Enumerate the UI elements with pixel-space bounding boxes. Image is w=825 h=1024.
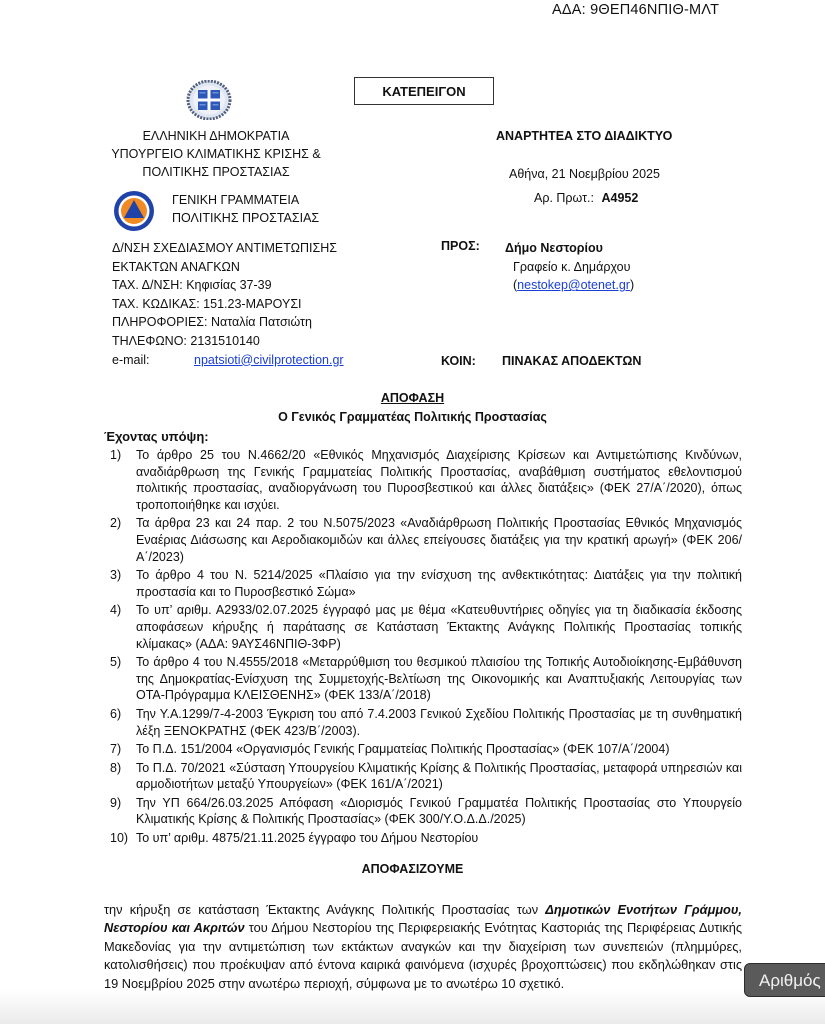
sender-email-link[interactable]: npatsioti@civilprotection.gr [194,351,344,370]
ada-code: ΑΔΑ: 9ΘΕΠ46ΝΠΙΘ-ΜΛΤ [552,2,719,18]
org-line: ΕΛΛΗΝΙΚΗ ΔΗΜΟΚΡΑΤΙΑ [100,127,332,145]
cc-value: ΠΙΝΑΚΑΣ ΑΠΟΔΕΚΤΩΝ [502,354,641,368]
recipient-name: Δήμο Νεστορίου [505,239,634,258]
reference-text: Το Π.Δ. 70/2021 «Σύσταση Υπουργείου Κλιμ… [136,760,742,793]
reference-item: 2)Τα άρθρα 23 και 24 παρ. 2 του Ν.5075/2… [110,515,742,565]
civil-protection-logo-icon [112,190,156,232]
department-line: ΕΚΤΑΚΤΩΝ ΑΝΑΓΚΩΝ [112,258,344,277]
reference-number: 1) [110,447,136,513]
reference-number: 5) [110,654,136,704]
references-list: 1)Το άρθρο 25 του Ν.4662/20 «Εθνικός Μηχ… [110,447,742,849]
org-line: ΥΠΟΥΡΓΕΙΟ ΚΛΙΜΑΤΙΚΗΣ ΚΡΙΣΗΣ & [100,145,332,163]
reference-number: 9) [110,795,136,828]
reference-number: 10) [110,830,136,847]
reference-item: 4)Το υπ’ αριθμ. Α2933/02.07.2025 έγγραφό… [110,602,742,652]
reference-item: 6)Την Υ.Α.1299/7-4-2003 Έγκριση του από … [110,706,742,739]
reference-text: Το Π.Δ. 151/2004 «Οργανισμός Γενικής Γρα… [136,741,742,758]
reference-text: Την Υ.Α.1299/7-4-2003 Έγκριση του από 7.… [136,706,742,739]
reference-number: 2) [110,515,136,565]
contact-person-line: ΠΛΗΡΟΦΟΡΙΕΣ: Ναταλία Πατσιώτη [112,313,344,332]
reference-text: Τα άρθρα 23 και 24 παρ. 2 του Ν.5075/202… [136,515,742,565]
body-intro: την κήρυξη σε κατάσταση Έκτακτης Ανάγκης… [104,902,545,917]
reference-number: 6) [110,706,136,739]
document-date: Αθήνα, 21 Νοεμβρίου 2025 [509,167,660,181]
secretariat-name: ΓΕΝΙΚΗ ΓΡΑΜΜΑΤΕΙΑ ΠΟΛΙΤΙΚΗΣ ΠΡΟΣΤΑΣΙΑΣ [172,191,319,227]
reference-item: 10)Το υπ’ αριθμ. 4875/21.11.2025 έγγραφο… [110,830,742,847]
email-row: e-mail: npatsioti@civilprotection.gr [112,351,344,370]
reference-number: 4) [110,602,136,652]
cc-label: ΚΟΙΝ: [441,354,476,368]
reference-text: Το άρθρο 25 του Ν.4662/20 «Εθνικός Μηχαν… [136,447,742,513]
document-page: ΑΔΑ: 9ΘΕΠ46ΝΠΙΘ-ΜΛΤ ΚΑΤΕΠΕΙΓΟΝ ΕΛΛΗΝΙΚΗ … [0,0,825,1024]
reference-text: Την ΥΠ 664/26.03.2025 Απόφαση «Διορισμός… [136,795,742,828]
reference-number: 3) [110,567,136,600]
reference-text: Το άρθρο 4 του Ν.4555/2018 «Μεταρρύθμιση… [136,654,742,704]
reference-text: Το υπ’ αριθμ. Α2933/02.07.2025 έγγραφό μ… [136,602,742,652]
reference-number: 8) [110,760,136,793]
recipient-block: Δήμο Νεστορίου Γραφείο κ. Δημάρχου (nest… [505,239,634,295]
considering-heading: Έχοντας υπόψη: [104,429,209,444]
phone-line: ΤΗΛΕΦΩΝΟ: 2131510140 [112,332,344,351]
postal-code-line: ΤΑΧ. ΚΩΔΙΚΑΣ: 151.23-ΜΑΡΟΥΣΙ [112,295,344,314]
secretariat-line: ΓΕΝΙΚΗ ΓΡΑΜΜΑΤΕΙΑ [172,191,319,209]
greek-coat-of-arms-icon [186,80,232,120]
post-online-label: ΑΝΑΡΤΗΤΕΑ ΣΤΟ ΔΙΑΔΙΚΤΥΟ [496,127,696,145]
reference-item: 8)Το Π.Δ. 70/2021 «Σύσταση Υπουργείου Κλ… [110,760,742,793]
reference-text: Το υπ’ αριθμ. 4875/21.11.2025 έγγραφο το… [136,830,742,847]
reference-item: 5)Το άρθρο 4 του Ν.4555/2018 «Μεταρρύθμι… [110,654,742,704]
reference-item: 9)Την ΥΠ 664/26.03.2025 Απόφαση «Διορισμ… [110,795,742,828]
paren-close: ) [630,278,634,292]
address-line: ΤΑΧ. Δ/ΝΣΗ: Κηφισίας 37-39 [112,276,344,295]
to-label: ΠΡΟΣ: [441,239,480,253]
decision-title: ΑΠΟΦΑΣΗ [0,391,825,405]
bottom-fade [0,990,825,1024]
tooltip: Αριθμός [744,963,825,997]
decision-subtitle: Ο Γενικός Γραμματέας Πολιτικής Προστασία… [0,410,825,424]
reference-text: Το άρθρο 4 του Ν. 5214/2025 «Πλαίσιο για… [136,567,742,600]
posting-notice: ΑΝΑΡΤΗΤΕΑ ΣΤΟ ΔΙΑΔΙΚΤΥΟ [496,127,696,145]
email-label: e-mail: [112,351,194,370]
protocol-number: Αρ. Πρωτ.: Α4952 [534,191,638,205]
organization-header: ΕΛΛΗΝΙΚΗ ΔΗΜΟΚΡΑΤΙΑ ΥΠΟΥΡΓΕΙΟ ΚΛΙΜΑΤΙΚΗΣ… [100,127,332,181]
protocol-label: Αρ. Πρωτ.: [534,191,594,205]
recipient-office: Γραφείο κ. Δημάρχου [505,258,634,277]
reference-item: 7)Το Π.Δ. 151/2004 «Οργανισμός Γενικής Γ… [110,741,742,758]
reference-number: 7) [110,741,136,758]
org-line: ΠΟΛΙΤΙΚΗΣ ΠΡΟΣΤΑΣΙΑΣ [100,163,332,181]
department-line: Δ/ΝΣΗ ΣΧΕΔΙΑΣΜΟΥ ΑΝΤΙΜΕΤΩΠΙΣΗΣ [112,239,344,258]
reference-item: 3)Το άρθρο 4 του Ν. 5214/2025 «Πλαίσιο γ… [110,567,742,600]
secretariat-line: ΠΟΛΙΤΙΚΗΣ ΠΡΟΣΤΑΣΙΑΣ [172,209,319,227]
decide-heading: ΑΠΟΦΑΣΙΖΟΥΜΕ [0,862,825,876]
protocol-value: Α4952 [601,191,638,205]
decision-body: την κήρυξη σε κατάσταση Έκτακτης Ανάγκης… [104,901,742,993]
urgent-label: ΚΑΤΕΠΕΙΓΟΝ [354,77,494,105]
recipient-email-link[interactable]: nestokep@otenet.gr [517,278,630,292]
recipient-email-row: (nestokep@otenet.gr) [505,276,634,295]
department-info: Δ/ΝΣΗ ΣΧΕΔΙΑΣΜΟΥ ΑΝΤΙΜΕΤΩΠΙΣΗΣ ΕΚΤΑΚΤΩΝ … [112,239,344,369]
reference-item: 1)Το άρθρο 25 του Ν.4662/20 «Εθνικός Μηχ… [110,447,742,513]
